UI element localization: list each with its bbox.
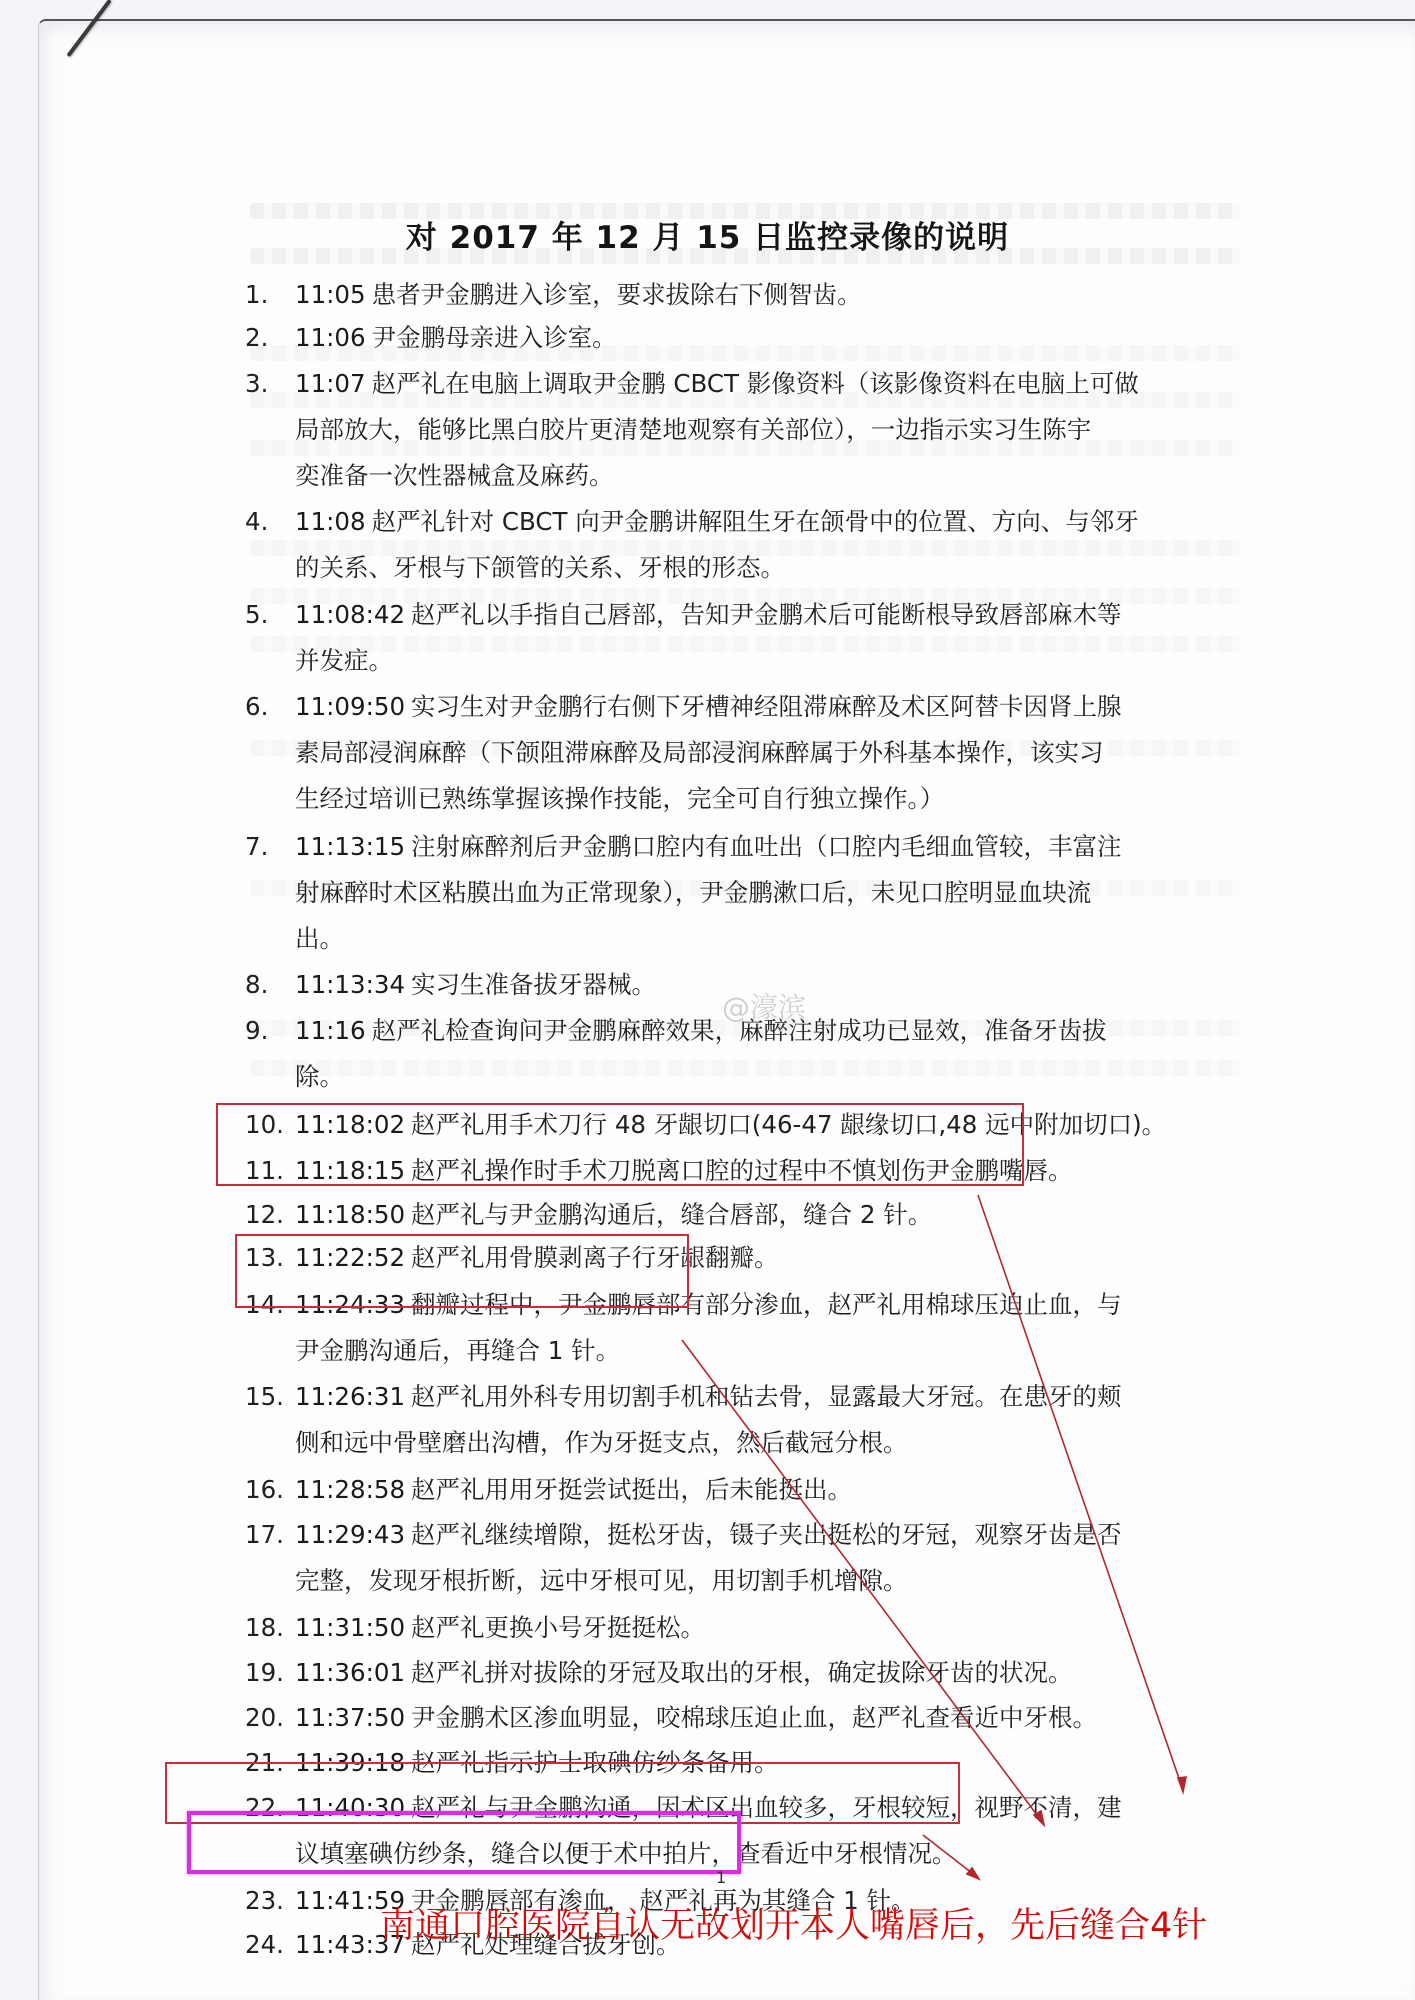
item-time: 11:37:50 bbox=[295, 1703, 405, 1732]
item-number: 17. bbox=[245, 1512, 295, 1558]
item-time: 11:18:50 bbox=[295, 1200, 405, 1229]
item-text: 的关系、牙根与下颌管的关系、牙根的形态。 bbox=[295, 553, 785, 582]
item-number: 9. bbox=[245, 1008, 295, 1054]
item-number: 19. bbox=[245, 1650, 295, 1696]
item-text: 出。 bbox=[295, 924, 344, 953]
list-item: 20. 11:37:50尹金鹏术区渗血明显，咬棉球压迫止血，赵严礼查看近中牙根。 bbox=[245, 1695, 1245, 1741]
item-number: 20. bbox=[245, 1695, 295, 1741]
item-text: 尹金鹏沟通后，再缝合 1 针。 bbox=[295, 1336, 620, 1365]
item-time: 11:06 bbox=[295, 323, 366, 352]
item-time: 11:09:50 bbox=[295, 692, 405, 721]
item-time: 11:31:50 bbox=[295, 1613, 405, 1642]
item-time: 11:07 bbox=[295, 369, 366, 398]
item-number: 4. bbox=[245, 499, 295, 545]
item-number: 5. bbox=[245, 592, 295, 638]
list-item: 19. 11:36:01赵严礼拼对拔除的牙冠及取出的牙根，确定拔除牙齿的状况。 bbox=[245, 1650, 1245, 1696]
list-item: 4. 11:08赵严礼针对 CBCT 向尹金鹏讲解阻生牙在颌骨中的位置、方向、与… bbox=[245, 499, 1245, 591]
item-text: 尹金鹏术区渗血明显，咬棉球压迫止血，赵严礼查看近中牙根。 bbox=[411, 1703, 1097, 1732]
item-number: 15. bbox=[245, 1374, 295, 1420]
item-time: 11:29:43 bbox=[295, 1520, 405, 1549]
item-text: 赵严礼在电脑上调取尹金鹏 CBCT 影像资料（该影像资料在电脑上可做 bbox=[372, 369, 1139, 398]
item-number: 7. bbox=[245, 824, 295, 870]
item-number: 12. bbox=[245, 1192, 295, 1238]
list-item: 16. 11:28:58赵严礼用用牙挺尝试挺出，后未能挺出。 bbox=[245, 1467, 1245, 1513]
list-item: 15. 11:26:31赵严礼用外科专用切割手机和钻去骨，显露最大牙冠。在患牙的… bbox=[245, 1374, 1245, 1466]
page-number: 1 bbox=[716, 1868, 726, 1887]
item-text: 并发症。 bbox=[295, 646, 393, 675]
item-text: 生经过培训已熟练掌握该操作技能，完全可自行独立操作。） bbox=[295, 784, 944, 813]
list-item: 17. 11:29:43赵严礼继续增隙，挺松牙齿，镊子夹出挺松的牙冠，观察牙齿是… bbox=[245, 1512, 1245, 1604]
item-time: 11:13:34 bbox=[295, 970, 405, 999]
item-text: 完整，发现牙根折断，远中牙根可见，用切割手机增隙。 bbox=[295, 1566, 908, 1595]
item-text: 赵严礼继续增隙，挺松牙齿，镊子夹出挺松的牙冠，观察牙齿是否 bbox=[411, 1520, 1122, 1549]
list-item: 3. 11:07赵严礼在电脑上调取尹金鹏 CBCT 影像资料（该影像资料在电脑上… bbox=[245, 361, 1245, 499]
item-text: 尹金鹏母亲进入诊室。 bbox=[372, 323, 617, 352]
item-text: 实习生准备拔牙器械。 bbox=[411, 970, 656, 999]
item-text: 赵严礼与尹金鹏沟通后，缝合唇部，缝合 2 针。 bbox=[411, 1200, 932, 1229]
item-time: 11:08 bbox=[295, 507, 366, 536]
item-text: 赵严礼针对 CBCT 向尹金鹏讲解阻生牙在颌骨中的位置、方向、与邻牙 bbox=[372, 507, 1139, 536]
item-text: 实习生对尹金鹏行右侧下牙槽神经阻滞麻醉及术区阿替卡因肾上腺 bbox=[411, 692, 1122, 721]
item-text: 赵严礼用外科专用切割手机和钻去骨，显露最大牙冠。在患牙的颊 bbox=[411, 1382, 1122, 1411]
list-item: 6. 11:09:50实习生对尹金鹏行右侧下牙槽神经阻滞麻醉及术区阿替卡因肾上腺… bbox=[245, 684, 1245, 822]
item-text: 赵严礼以手指自己唇部，告知尹金鹏术后可能断根导致唇部麻木等 bbox=[411, 600, 1122, 629]
list-item: 5. 11:08:42赵严礼以手指自己唇部，告知尹金鹏术后可能断根导致唇部麻木等… bbox=[245, 592, 1245, 684]
item-number: 18. bbox=[245, 1605, 295, 1651]
item-text: 素局部浸润麻醉（下颌阻滞麻醉及局部浸润麻醉属于外科基本操作，该实习 bbox=[295, 738, 1104, 767]
list-item: 18. 11:31:50赵严礼更换小号牙挺挺松。 bbox=[245, 1605, 1245, 1651]
item-number: 8. bbox=[245, 962, 295, 1008]
item-time: 11:36:01 bbox=[295, 1658, 405, 1687]
document-title: 对 2017 年 12 月 15 日监控录像的说明 bbox=[0, 212, 1415, 257]
item-text: 患者尹金鹏进入诊室，要求拔除右下侧智齿。 bbox=[372, 280, 862, 309]
highlight-box-item-11-12 bbox=[216, 1103, 1024, 1186]
highlight-box-item-14 bbox=[235, 1234, 689, 1308]
highlight-box-item-24 bbox=[187, 1811, 741, 1874]
list-item: 1. 11:05患者尹金鹏进入诊室，要求拔除右下侧智齿。 bbox=[245, 272, 1245, 318]
item-text: 赵严礼更换小号牙挺挺松。 bbox=[411, 1613, 705, 1642]
list-item: 7. 11:13:15注射麻醉剂后尹金鹏口腔内有血吐出（口腔内毛细血管较，丰富注… bbox=[245, 824, 1245, 962]
item-number: 16. bbox=[245, 1467, 295, 1513]
item-number: 6. bbox=[245, 684, 295, 730]
item-number: 1. bbox=[245, 272, 295, 318]
item-time: 11:26:31 bbox=[295, 1382, 405, 1411]
item-text: 奕准备一次性器械盒及麻药。 bbox=[295, 461, 614, 490]
item-text: 赵严礼用用牙挺尝试挺出，后未能挺出。 bbox=[411, 1475, 852, 1504]
item-text: 射麻醉时术区粘膜出血为正常现象），尹金鹏漱口后，未见口腔明显血块流 bbox=[295, 878, 1091, 907]
item-text: 赵严礼拼对拔除的牙冠及取出的牙根，确定拔除牙齿的状况。 bbox=[411, 1658, 1073, 1687]
item-time: 11:08:42 bbox=[295, 600, 405, 629]
item-text: 注射麻醉剂后尹金鹏口腔内有血吐出（口腔内毛细血管较，丰富注 bbox=[411, 832, 1122, 861]
item-number: 24. bbox=[245, 1922, 295, 1968]
item-time: 11:05 bbox=[295, 280, 366, 309]
list-item: 2. 11:06尹金鹏母亲进入诊室。 bbox=[245, 315, 1245, 361]
item-text: 侧和远中骨壁磨出沟槽，作为牙挺支点，然后截冠分根。 bbox=[295, 1428, 908, 1457]
watermark: @濠滨 bbox=[722, 986, 806, 1026]
item-time: 11:13:15 bbox=[295, 832, 405, 861]
item-time: 11:16 bbox=[295, 1016, 366, 1045]
item-number: 3. bbox=[245, 361, 295, 407]
annotation-caption: 南通口腔医院自认无故划开本人嘴唇后，先后缝合4针 bbox=[380, 1898, 1207, 1948]
item-time: 11:28:58 bbox=[295, 1475, 405, 1504]
item-text: 除。 bbox=[295, 1062, 344, 1091]
item-text: 局部放大，能够比黑白胶片更清楚地观察有关部位），一边指示实习生陈宇 bbox=[295, 415, 1091, 444]
list-item: 12. 11:18:50赵严礼与尹金鹏沟通后，缝合唇部，缝合 2 针。 bbox=[245, 1192, 1245, 1238]
item-number: 2. bbox=[245, 315, 295, 361]
item-number: 23. bbox=[245, 1878, 295, 1924]
